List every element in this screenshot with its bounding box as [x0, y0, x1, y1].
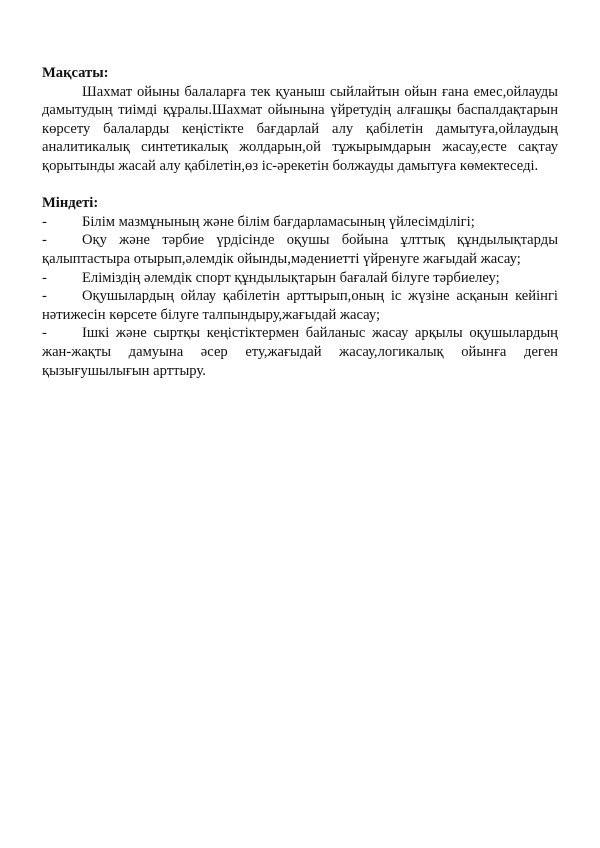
dash-bullet-icon: -: [42, 324, 47, 343]
dash-bullet-icon: -: [42, 269, 47, 288]
list-item-text: Оқу және тәрбие үрдісінде оқушы бойына ұ…: [42, 232, 558, 267]
tasks-heading: Міндеті:: [42, 194, 558, 213]
dash-bullet-icon: -: [42, 231, 47, 250]
list-item: - Еліміздің әлемдік спорт құндылықтарын …: [42, 269, 558, 288]
goals-paragraph: Шахмат ойыны балаларға тек қуаныш сыйлай…: [42, 83, 558, 176]
document-page: Мақсаты: Шахмат ойыны балаларға тек қуан…: [42, 64, 558, 380]
list-item-text: Ішкі және сыртқы кеңістіктермен байланыс…: [42, 325, 558, 378]
list-item-text: Білім мазмұнының және білім бағдарламасы…: [82, 214, 475, 230]
list-item: - Оқу және тәрбие үрдісінде оқушы бойына…: [42, 231, 558, 268]
list-item: - Ішкі және сыртқы кеңістіктермен байлан…: [42, 324, 558, 380]
goals-heading: Мақсаты:: [42, 64, 558, 83]
dash-bullet-icon: -: [42, 287, 47, 306]
list-item: - Білім мазмұнының және білім бағдарлама…: [42, 213, 558, 232]
tasks-list: - Білім мазмұнының және білім бағдарлама…: [42, 213, 558, 380]
section-gap: [42, 176, 558, 195]
dash-bullet-icon: -: [42, 213, 47, 232]
list-item: - Оқушылардың ойлау қабілетін арттырып,о…: [42, 287, 558, 324]
list-item-text: Еліміздің әлемдік спорт құндылықтарын ба…: [82, 270, 500, 286]
list-item-text: Оқушылардың ойлау қабілетін арттырып,оны…: [42, 288, 558, 323]
